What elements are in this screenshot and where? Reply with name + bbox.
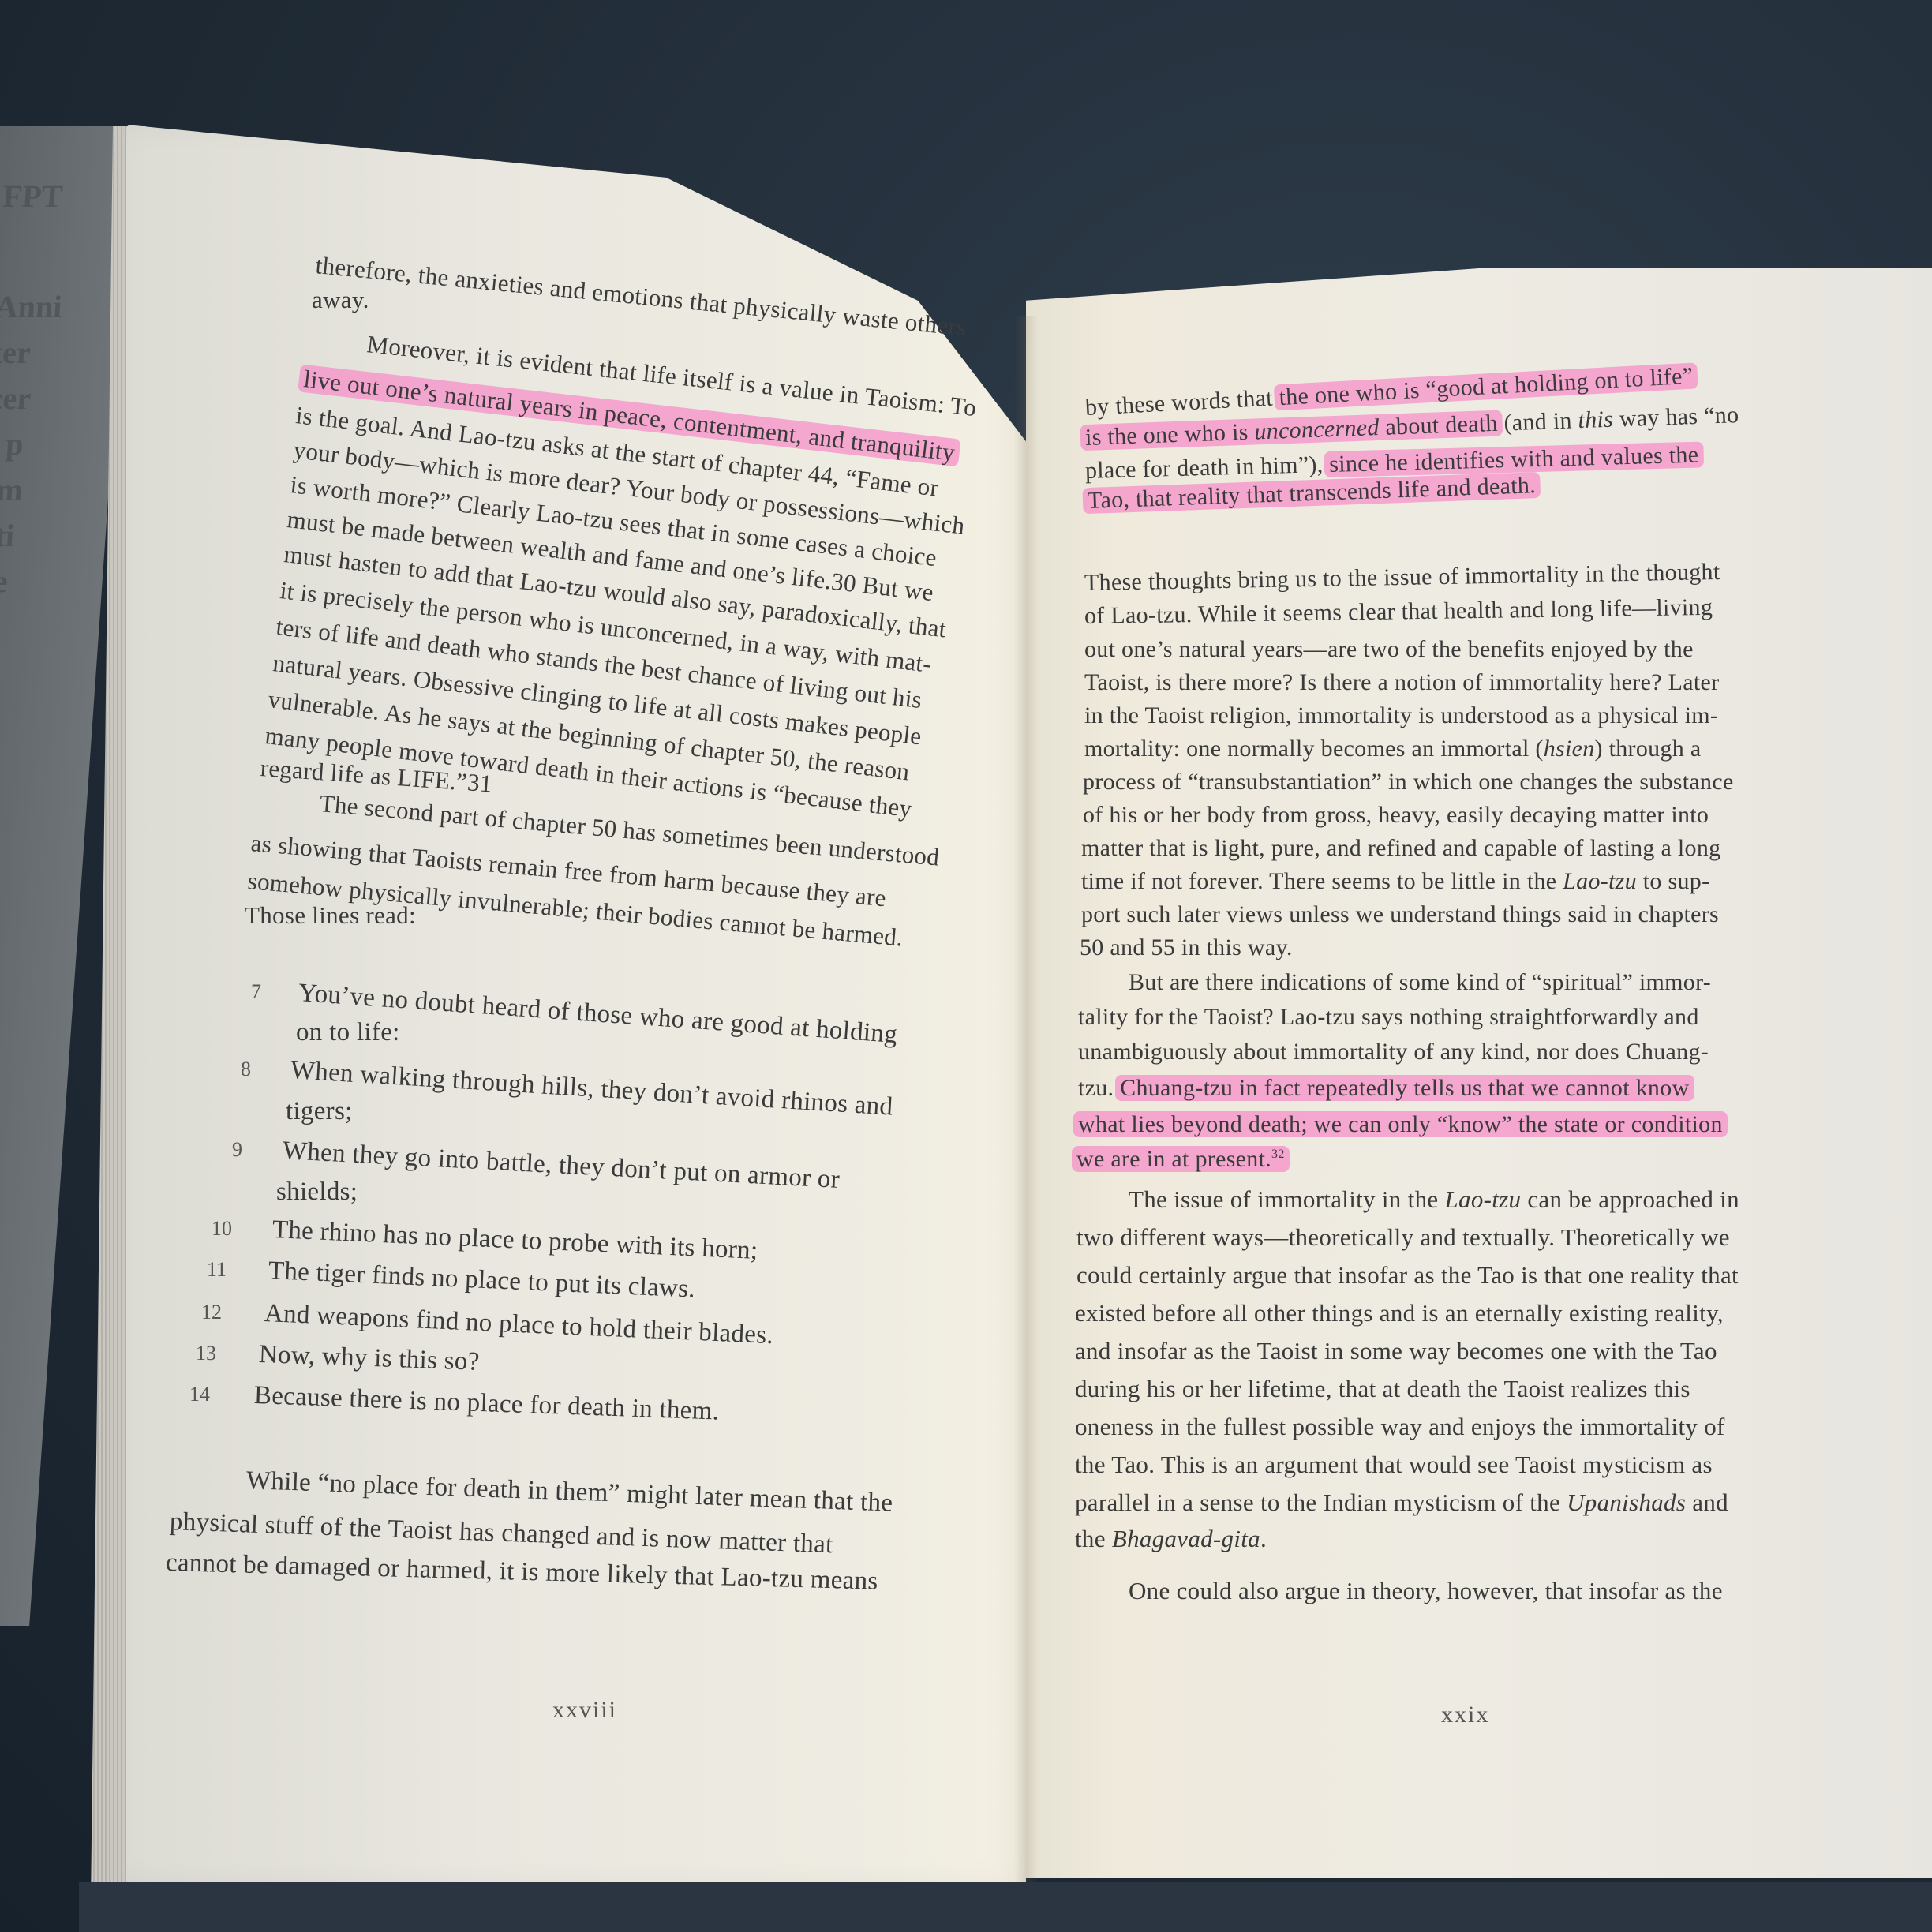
text-line: the Bhagavad-gita. — [1075, 1525, 1267, 1553]
text-line: the Tao. This is an argument that would … — [1075, 1451, 1713, 1479]
verse-line: tigers; — [286, 1097, 353, 1126]
verse-number: 12 — [201, 1301, 222, 1324]
highlighted-line: we are in at present.32 — [1076, 1146, 1285, 1173]
text-line: existed before all other things and is a… — [1075, 1299, 1724, 1327]
text-line: time if not forever. There seems to be l… — [1081, 868, 1709, 895]
book-gutter — [1014, 316, 1038, 1886]
text-line: of his or her body from gross, heavy, ea… — [1083, 802, 1709, 829]
underlying-text: cer — [0, 376, 32, 421]
underlying-text: FPT — [2, 174, 65, 219]
text-line: But are there indications of some kind o… — [1129, 969, 1711, 996]
text-line: tality for the Taoist? Lao-tzu says noth… — [1078, 1004, 1699, 1031]
text-line: two different ways—theoretically and tex… — [1076, 1223, 1730, 1252]
verse-number: 10 — [212, 1217, 232, 1241]
text-line: 50 and 55 in this way. — [1080, 934, 1293, 961]
verse-line: on to life: — [296, 1018, 400, 1047]
verse-line: shields; — [276, 1178, 358, 1207]
highlighted-line: what lies beyond death; we can only “kno… — [1078, 1111, 1723, 1138]
text-line: out one’s natural years—are two of the b… — [1084, 636, 1694, 663]
text-line: and insofar as the Taoist in some way be… — [1075, 1337, 1717, 1365]
book-cover-edge — [79, 1882, 1932, 1932]
text-line: port such later views unless we understa… — [1081, 901, 1719, 928]
text-line: unambiguously about immortality of any k… — [1078, 1039, 1709, 1065]
text-line: in the Taoist religion, immortality is u… — [1084, 702, 1718, 729]
text-line: matter that is light, pure, and refined … — [1081, 835, 1720, 862]
verse-number: 8 — [241, 1058, 251, 1081]
text-line: away. — [312, 286, 369, 314]
underlying-text: Anni — [0, 284, 64, 330]
page-number-right: xxix — [1441, 1702, 1489, 1728]
verse-number: 11 — [207, 1258, 227, 1282]
text-line: The issue of immortality in the Lao-tzu … — [1129, 1185, 1739, 1214]
verse-number: 14 — [189, 1383, 210, 1406]
text-line: One could also argue in theory, however,… — [1129, 1577, 1723, 1605]
verse-number: 7 — [251, 980, 261, 1004]
text-line: during his or her lifetime, that at deat… — [1075, 1375, 1690, 1403]
text-line: tzu. Chuang-tzu in fact repeatedly tells… — [1078, 1075, 1690, 1102]
text-line: mortality: one normally becomes an immor… — [1084, 736, 1701, 762]
text-line: process of “transubstantiation” in which… — [1083, 769, 1734, 796]
verse-number: 13 — [196, 1342, 216, 1365]
page-number-left: xxviii — [552, 1697, 617, 1724]
verse-number: 9 — [232, 1138, 242, 1162]
underlying-text: s p — [0, 421, 25, 467]
text-line: oneness in the fullest possible way and … — [1075, 1413, 1725, 1441]
underlying-text: em — [0, 467, 24, 513]
text-line: Those lines read: — [245, 901, 416, 930]
text-line: parallel in a sense to the Indian mystic… — [1075, 1488, 1728, 1517]
text-line: Taoist, is there more? Is there a notion… — [1084, 669, 1719, 696]
text-line: could certainly argue that insofar as th… — [1076, 1261, 1739, 1290]
underlying-text: ter — [0, 330, 32, 376]
underlying-text: de — [0, 559, 9, 605]
underlying-text: ati — [0, 513, 16, 559]
